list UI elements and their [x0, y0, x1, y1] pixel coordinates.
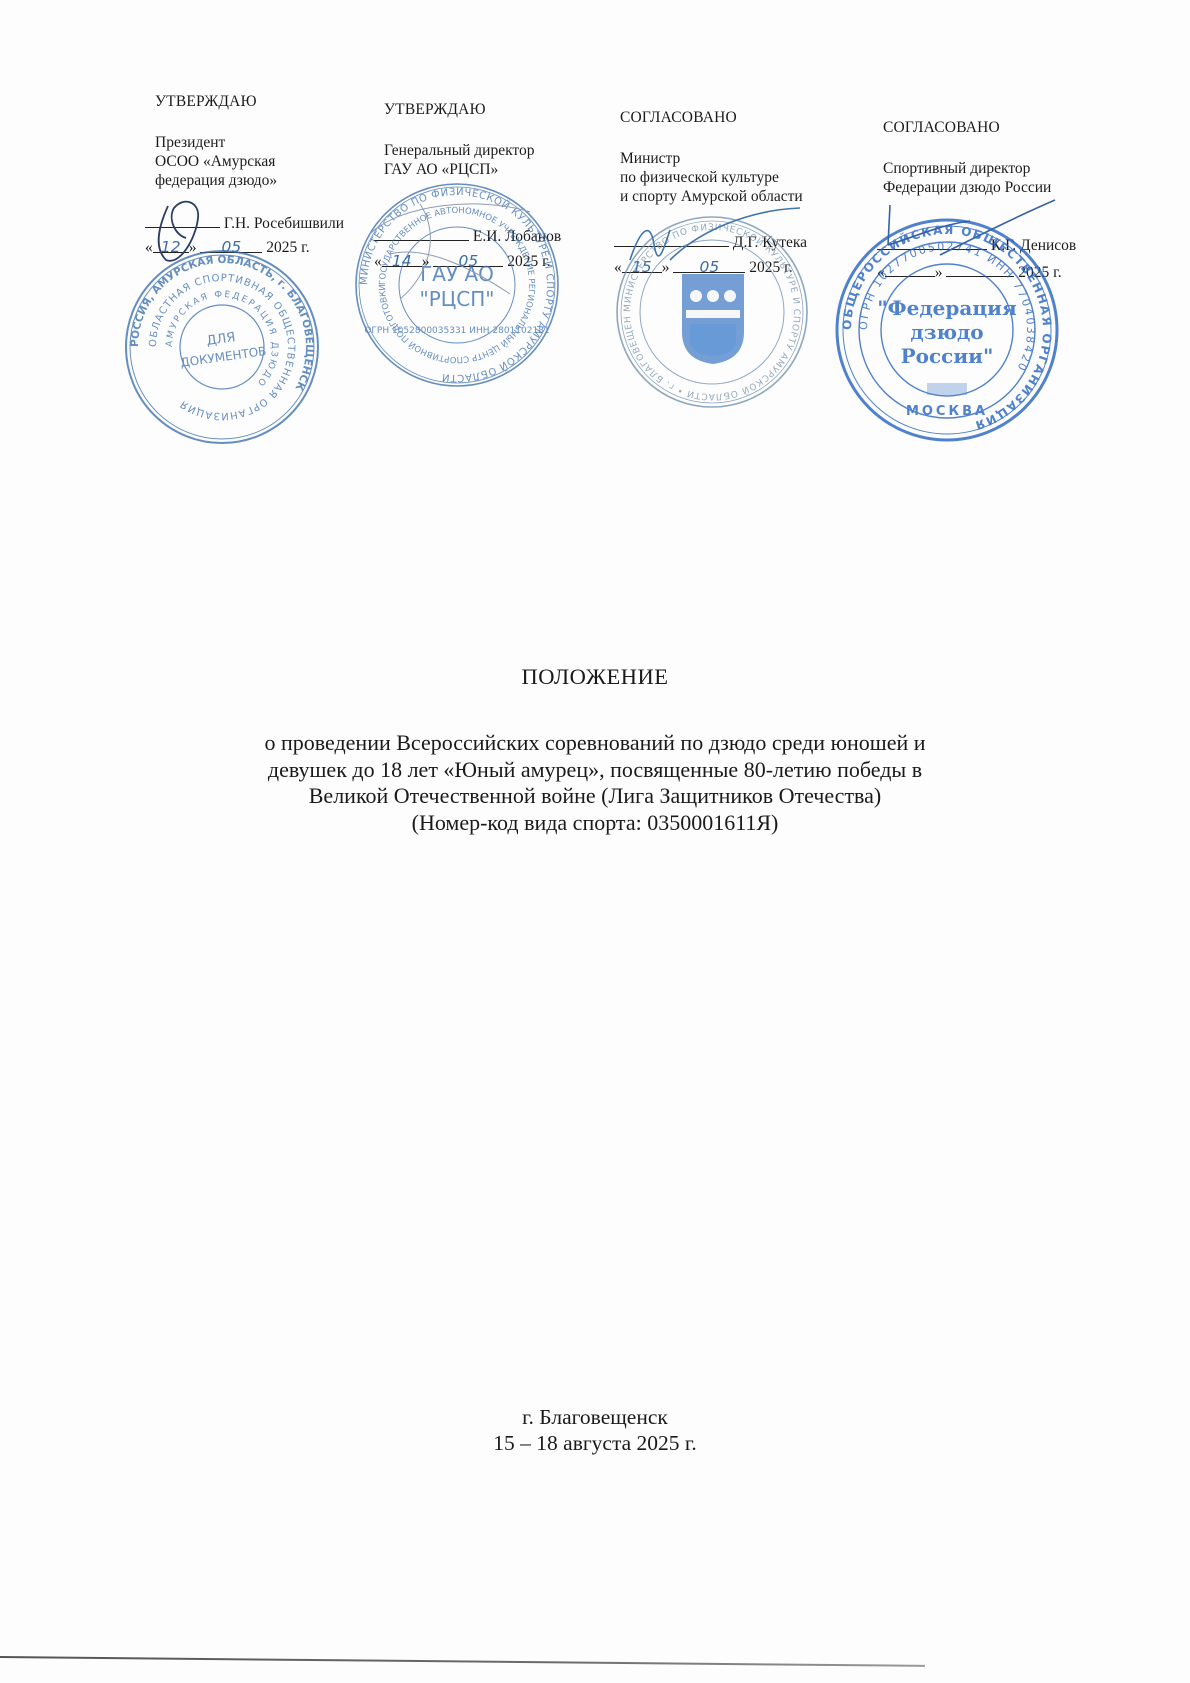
- approval-role: Спортивный директор Федерации дзюдо Росс…: [883, 159, 1051, 197]
- svg-text:"РЦСП": "РЦСП": [420, 287, 495, 311]
- approval-block-sport-director: СОГЛАСОВАНО Спортивный директор Федераци…: [883, 118, 1051, 197]
- date-line: «12» 05 2025 г.: [145, 238, 310, 257]
- document-footer: г. Благовещенск 15 – 18 августа 2025 г.: [0, 1404, 1190, 1456]
- approval-heading: УТВЕРЖДАЮ: [384, 100, 535, 119]
- date-day: 15: [622, 258, 662, 273]
- date-year: 2025 г.: [507, 253, 550, 270]
- date-line: «15» 05 2025 г.: [614, 258, 793, 277]
- document-subtitle: о проведении Всероссийских соревнований …: [150, 730, 1040, 836]
- date-month: 05: [673, 258, 745, 273]
- date-day: 14: [382, 252, 422, 267]
- svg-text:"Федерация: "Федерация: [877, 296, 1017, 320]
- signatory-name: Д.Г. Кутека: [733, 234, 807, 251]
- stamp-amur-judo-federation: РОССИЯ, АМУРСКАЯ ОБЛАСТЬ, г. БЛАГОВЕЩЕНС…: [122, 247, 322, 447]
- approval-role: Президент ОСОО «Амурская федерация дзюдо…: [155, 133, 277, 190]
- signature-blank: [145, 213, 220, 228]
- svg-text:МОСКВА: МОСКВА: [906, 404, 988, 419]
- approval-heading: УТВЕРЖДАЮ: [155, 92, 277, 111]
- approval-heading: СОГЛАСОВАНО: [883, 118, 1051, 137]
- svg-text:дзюдо: дзюдо: [910, 320, 983, 344]
- approval-role: Министр по физической культуре и спорту …: [620, 149, 803, 206]
- approval-block-director: УТВЕРЖДАЮ Генеральный директор ГАУ АО «Р…: [384, 100, 535, 179]
- approval-block-president: УТВЕРЖДАЮ Президент ОСОО «Амурская федер…: [155, 92, 277, 190]
- date-month: 05: [200, 238, 262, 253]
- signatory-name: Е.И. Лобанов: [473, 228, 561, 245]
- signature-blank: [877, 235, 987, 250]
- footer-dates: 15 – 18 августа 2025 г.: [0, 1430, 1190, 1456]
- signature-line: Д.Г. Кутека: [614, 232, 807, 252]
- svg-text:ДЛЯ: ДЛЯ: [206, 330, 237, 349]
- date-day: 12: [153, 238, 189, 253]
- svg-text:ДОКУМЕНТОВ: ДОКУМЕНТОВ: [180, 344, 268, 370]
- document-title: ПОЛОЖЕНИЕ: [0, 664, 1190, 690]
- date-line: «14» 05 2025 г.: [374, 252, 551, 271]
- date-year: 2025 г.: [1018, 264, 1061, 281]
- svg-text:ОГРН 1027700502741 ИНН 7704038: ОГРН 1027700502741 ИНН 7704038420: [857, 240, 1037, 374]
- document-page: УТВЕРЖДАЮ Президент ОСОО «Амурская федер…: [0, 0, 1190, 1683]
- signature-blank: [614, 232, 729, 247]
- stamp-gau-ao-rcsp: МИНИСТЕРСТВО ПО ФИЗИЧЕСКОЙ КУЛЬТУРЕ И СП…: [352, 180, 562, 390]
- date-month: 05: [433, 252, 503, 267]
- signature-line: К.Г. Денисов: [877, 235, 1076, 255]
- approval-role: Генеральный директор ГАУ АО «РЦСП»: [384, 141, 535, 179]
- signature-blank: [374, 226, 469, 241]
- signatory-name: К.Г. Денисов: [991, 237, 1076, 254]
- svg-text:РОССИЯ, АМУРСКАЯ ОБЛАСТЬ, г. Б: РОССИЯ, АМУРСКАЯ ОБЛАСТЬ, г. БЛАГОВЕЩЕНС…: [129, 254, 315, 393]
- svg-text:ОГРН 1052800035331 ИНН 2801102: ОГРН 1052800035331 ИНН 2801102181: [364, 326, 549, 336]
- signature-director: [360, 194, 550, 304]
- svg-text:МИНИСТЕРСТВО ПО ФИЗИЧЕСКОЙ КУЛ: МИНИСТЕРСТВО ПО ФИЗИЧЕСКОЙ КУЛЬТУРЕ И СП…: [359, 187, 555, 383]
- svg-text:ОБЛАСТНАЯ СПОРТИВНАЯ ОБЩЕСТВЕН: ОБЛАСТНАЯ СПОРТИВНАЯ ОБЩЕСТВЕННАЯ ОРГАНИ…: [148, 273, 296, 421]
- date-month: [946, 262, 1014, 277]
- svg-text:АМУРСКАЯ ФЕДЕРАЦИЯ ДЗЮДО: АМУРСКАЯ ФЕДЕРАЦИЯ ДЗЮДО: [165, 290, 279, 389]
- footer-city: г. Благовещенск: [0, 1404, 1190, 1430]
- date-year: 2025 г.: [266, 239, 309, 256]
- svg-text:России": России": [901, 344, 994, 368]
- coat-of-arms-icon: [682, 274, 744, 364]
- scan-edge-line: [0, 1656, 925, 1667]
- approval-block-minister: СОГЛАСОВАНО Министр по физической культу…: [620, 108, 803, 206]
- signatory-name: Г.Н. Росебишвили: [224, 215, 344, 232]
- signature-line: Г.Н. Росебишвили: [145, 213, 344, 233]
- date-year: 2025 г.: [749, 259, 792, 276]
- signature-line: Е.И. Лобанов: [374, 226, 561, 246]
- approval-heading: СОГЛАСОВАНО: [620, 108, 803, 127]
- date-day: [885, 262, 935, 277]
- date-line: «» 2025 г.: [877, 262, 1062, 282]
